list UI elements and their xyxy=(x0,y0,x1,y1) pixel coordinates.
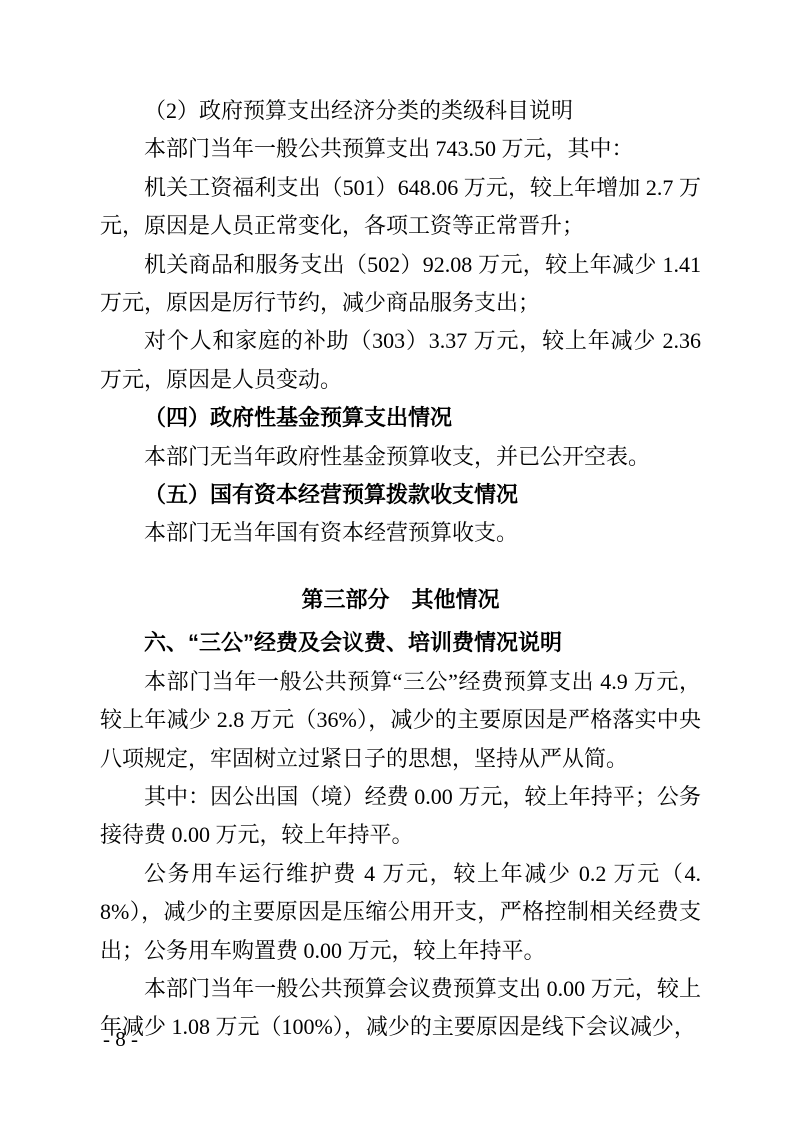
sub-heading: （四）政府性基金预算支出情况 xyxy=(100,399,701,437)
sub-heading: （五）国有资本经营预算拨款收支情况 xyxy=(100,476,701,514)
document-content: （2）政府预算支出经济分类的类级科目说明本部门当年一般公共预算支出 743.50… xyxy=(100,92,701,1047)
document-page: （2）政府预算支出经济分类的类级科目说明本部门当年一般公共预算支出 743.50… xyxy=(0,0,793,1122)
paragraph: 本部门无当年国有资本经营预算收支。 xyxy=(100,514,701,552)
sub-heading: 六、“三公”经费及会议费、培训费情况说明 xyxy=(100,624,701,662)
section-title: 第三部分 其他情况 xyxy=(100,581,701,619)
paragraph: 本部门当年一般公共预算支出 743.50 万元，其中： xyxy=(100,130,701,168)
paragraph: 本部门当年一般公共预算“三公”经费预算支出 4.9 万元，较上年减少 2.8 万… xyxy=(100,663,701,778)
paragraph: 对个人和家庭的补助（303）3.37 万元，较上年减少 2.36 万元，原因是人… xyxy=(100,322,701,399)
paragraph: 机关商品和服务支出（502）92.08 万元，较上年减少 1.41 万元，原因是… xyxy=(100,246,701,323)
page-number: - 8 - xyxy=(103,1026,138,1052)
paragraph: 本部门当年一般公共预算会议费预算支出 0.00 万元，较上年减少 1.08 万元… xyxy=(100,970,701,1047)
paragraph: 机关工资福利支出（501）648.06 万元，较上年增加 2.7 万元，原因是人… xyxy=(100,169,701,246)
paragraph: （2）政府预算支出经济分类的类级科目说明 xyxy=(100,92,701,130)
paragraph: 其中：因公出国（境）经费 0.00 万元，较上年持平；公务接待费 0.00 万元… xyxy=(100,778,701,855)
paragraph: 公务用车运行维护费 4 万元，较上年减少 0.2 万元（4.8%），减少的主要原… xyxy=(100,855,701,970)
paragraph: 本部门无当年政府性基金预算收支，并已公开空表。 xyxy=(100,438,701,476)
